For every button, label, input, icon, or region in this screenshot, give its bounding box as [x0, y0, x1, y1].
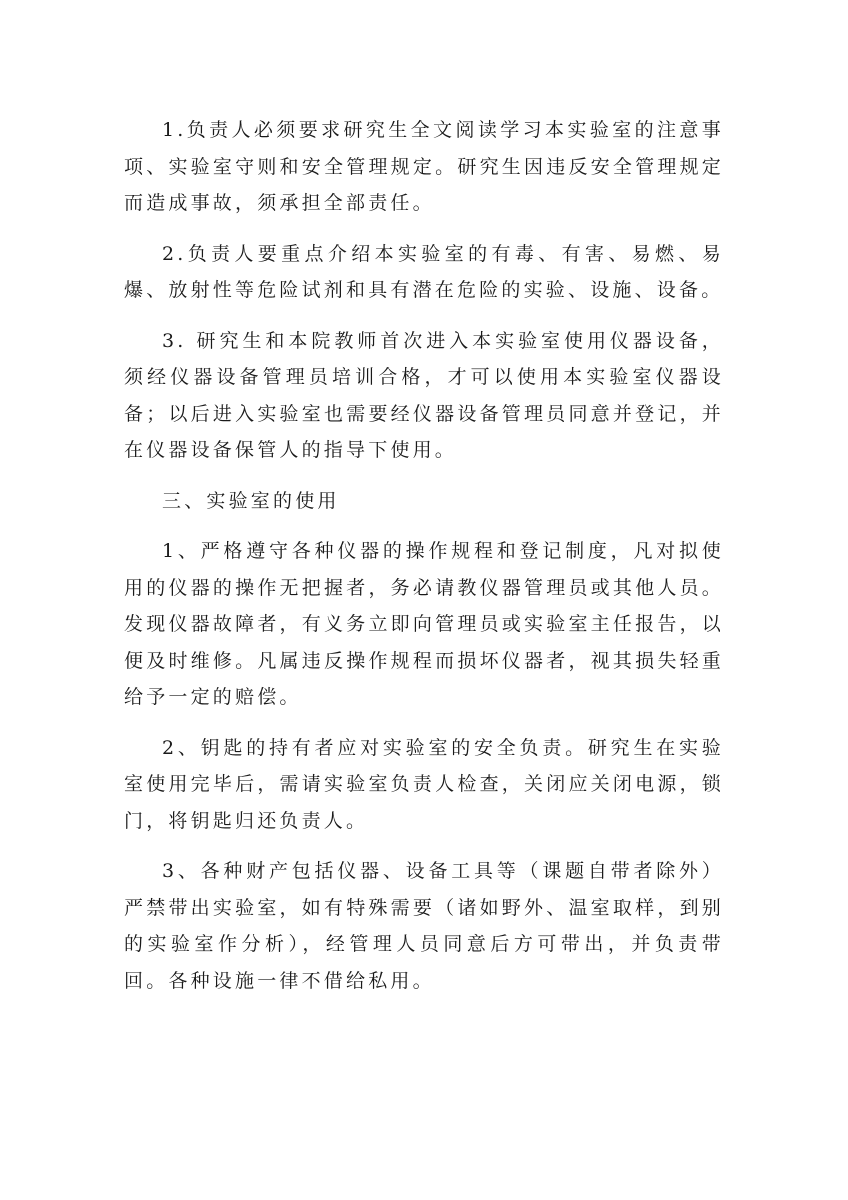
rule-2-hazard-introduction: 2.负责人要重点介绍本实验室的有毒、有害、易燃、易爆、放射性等危险试剂和具有潜在… — [124, 236, 724, 309]
section-heading-lab-usage: 三、实验室的使用 — [124, 483, 724, 520]
usage-rule-1-operating-procedures: 1、严格遵守各种仪器的操作规程和登记制度，凡对拟使用的仪器的操作无把握者，务必请… — [124, 533, 724, 716]
usage-rule-3-property: 3、各种财产包括仪器、设备工具等（课题自带者除外）严禁带出实验室，如有特殊需要（… — [124, 853, 724, 999]
rule-1-reading-requirement: 1.负责人必须要求研究生全文阅读学习本实验室的注意事项、实验室守则和安全管理规定… — [124, 112, 724, 222]
usage-rule-2-key-holder: 2、钥匙的持有者应对实验室的安全负责。研究生在实验室使用完毕后，需请实验室负责人… — [124, 730, 724, 840]
rule-3-equipment-training: 3. 研究生和本院教师首次进入本实验室使用仪器设备，须经仪器设备管理员培训合格，… — [124, 323, 724, 469]
document-page: 1.负责人必须要求研究生全文阅读学习本实验室的注意事项、实验室守则和安全管理规定… — [124, 112, 724, 1013]
